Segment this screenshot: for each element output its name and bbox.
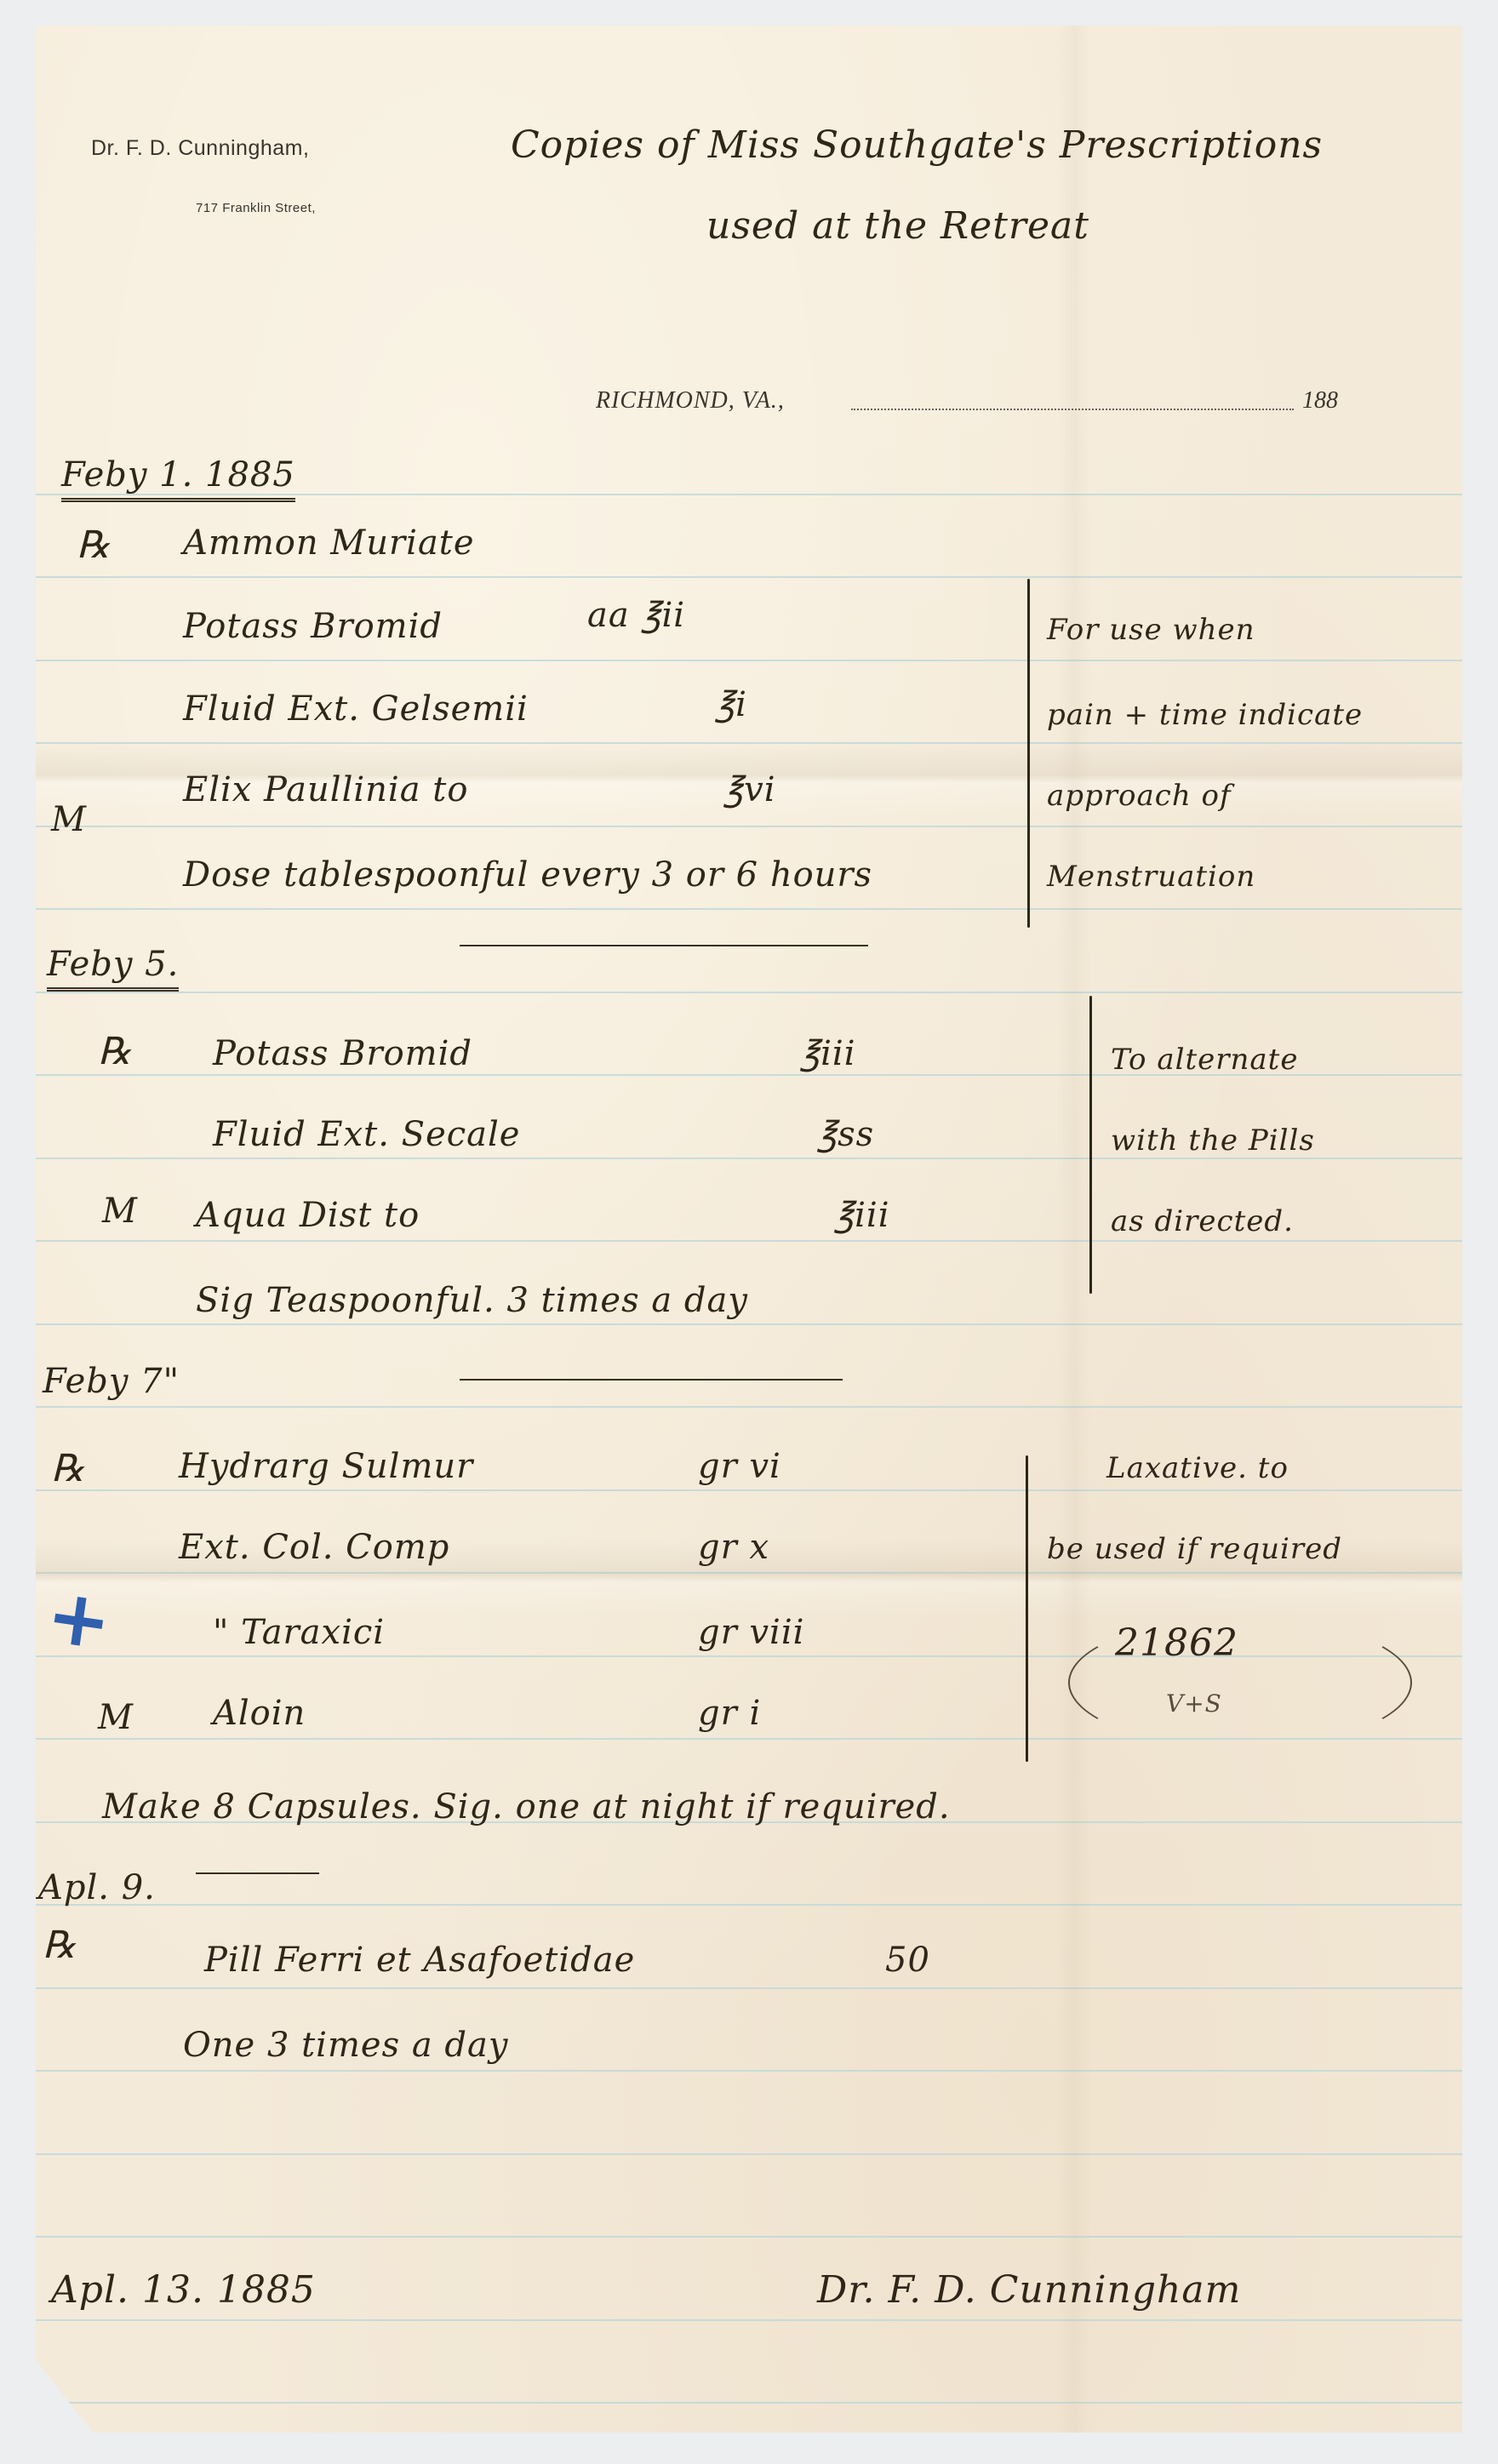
rx3-drug: Ext. Col. Comp [179, 1528, 449, 1567]
rx1-drug: Fluid Ext. Gelsemii [183, 689, 529, 729]
ruled-line [36, 2236, 1462, 2238]
blue-cross-mark: + [41, 1570, 117, 1667]
rx2-dose: ℥iii [800, 1034, 855, 1073]
rx1-dose: ℥vi [723, 770, 776, 809]
ruled-line [36, 660, 1462, 661]
note-brace [1027, 579, 1030, 928]
rx1-symbol: ℞ [77, 523, 111, 567]
date-dotted-line [851, 409, 1294, 410]
rx1-drug: Potass Bromid [183, 607, 443, 646]
rx1-note-line: Menstruation [1047, 860, 1255, 894]
letterhead-city: RICHMOND, VA., [596, 387, 785, 414]
note-brace [1026, 1455, 1028, 1762]
rx1-directions: Dose tablespoonful every 3 or 6 hours [183, 855, 872, 895]
rx1-mix-symbol: M [51, 800, 87, 839]
rx3-drug: " Taraxici [213, 1613, 385, 1652]
rx3-dose: gr i [698, 1694, 761, 1733]
ruled-line [36, 1987, 1462, 1989]
rx2-dose: ℥iii [834, 1196, 889, 1235]
ruled-line [36, 1406, 1462, 1408]
ruled-line [36, 908, 1462, 910]
ruled-line [36, 1158, 1462, 1159]
ruled-line [36, 2070, 1462, 2072]
annotation-number: 21862 [1115, 1621, 1238, 1665]
rx3-mix-symbol: M [98, 1698, 134, 1737]
rx1-note-line: For use when [1047, 613, 1255, 647]
rx1-dose: aa ℥ii [587, 596, 685, 635]
rx4-date: Apl. 9. [38, 1868, 156, 1907]
rx4-drug: Pill Ferri et Asafoetidae [204, 1941, 635, 1980]
ruled-line [36, 2153, 1462, 2155]
ruled-line [36, 1904, 1462, 1906]
rx3-dose: gr x [698, 1528, 769, 1567]
rx2-date: Feby 5. [47, 945, 179, 992]
letterhead-name: Dr. F. D. Cunningham, [91, 136, 309, 161]
ruled-line [36, 992, 1462, 993]
ruled-line [36, 2402, 1462, 2404]
separator-line [460, 945, 868, 946]
ruled-line [36, 576, 1462, 578]
rx2-note-line: To alternate [1111, 1043, 1298, 1077]
rx2-mix-symbol: M [102, 1192, 138, 1231]
rx2-drug: Potass Bromid [213, 1034, 472, 1073]
signature: Dr. F. D. Cunningham [817, 2268, 1241, 2312]
heading-line-2: used at the Retreat [706, 204, 1089, 248]
rx3-drug: Hydrarg Sulmur [179, 1447, 473, 1486]
separator-line [196, 1872, 319, 1874]
note-brace [1089, 996, 1092, 1294]
rx2-symbol: ℞ [98, 1030, 132, 1073]
rx1-drug: Elix Paullinia to [183, 770, 468, 809]
rx1-note-line: pain + time indicate [1047, 698, 1363, 732]
rx1-date: Feby 1. 1885 [61, 455, 295, 502]
rx4-directions: One 3 times a day [183, 2026, 508, 2065]
rx3-symbol: ℞ [51, 1447, 85, 1490]
footer-date: Apl. 13. 1885 [51, 2268, 316, 2312]
rx2-dose: ℥ss [817, 1115, 874, 1154]
rx1-dose: ℥i [715, 685, 747, 724]
rx2-note-line: with the Pills [1111, 1123, 1315, 1158]
rx3-drug: Aloin [213, 1694, 306, 1733]
rx4-symbol: ℞ [43, 1924, 77, 1967]
ruled-line [36, 1489, 1462, 1491]
rx3-note-line: be used if required [1047, 1532, 1342, 1566]
rx3-note-line: Laxative. to [1106, 1451, 1289, 1485]
rx3-date: Feby 7" [43, 1362, 180, 1401]
rx3-dose: gr viii [698, 1613, 804, 1652]
rx1-drug: Ammon Muriate [183, 523, 475, 563]
ruled-line [36, 826, 1462, 827]
rx3-directions: Make 8 Capsules. Sig. one at night if re… [102, 1787, 951, 1827]
rx1-note-line: approach of [1047, 779, 1232, 813]
fold-crease [1057, 26, 1091, 2433]
rx3-dose: gr vi [698, 1447, 781, 1486]
rx2-drug: Aqua Dist to [196, 1196, 420, 1235]
letterhead-address: 717 Franklin Street, [196, 201, 316, 215]
rx2-note-line: as directed. [1111, 1204, 1294, 1238]
ruled-line [36, 1323, 1462, 1325]
rx4-dose: 50 [885, 1941, 930, 1980]
letterhead-year: 188 [1302, 387, 1338, 414]
ruled-line [36, 1240, 1462, 1242]
heading-line-1: Copies of Miss Southgate's Prescriptions [511, 123, 1323, 167]
rx2-directions: Sig Teaspoonful. 3 times a day [196, 1281, 748, 1320]
annotation-sub: V+S [1166, 1689, 1222, 1718]
rx2-drug: Fluid Ext. Secale [213, 1115, 520, 1154]
ruled-line [36, 2319, 1462, 2321]
separator-line [460, 1379, 843, 1381]
